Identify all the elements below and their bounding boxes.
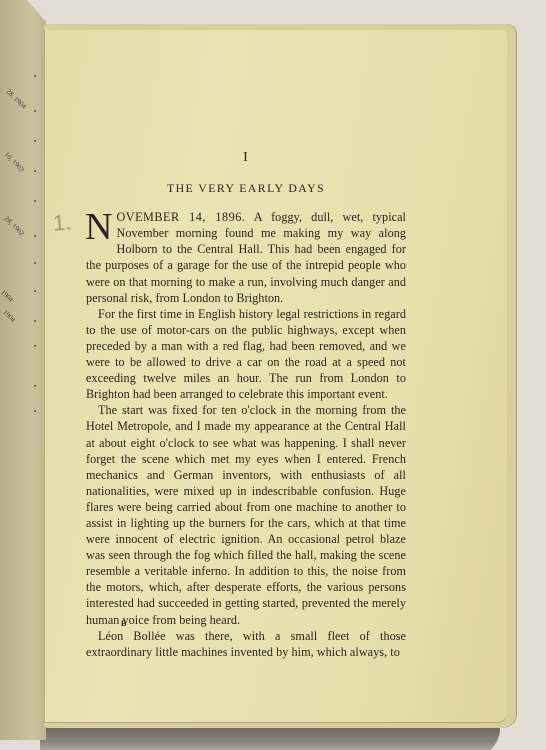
pencil-annotation: 1.	[52, 209, 72, 236]
left-page-dot	[34, 410, 36, 412]
paragraph: Léon Bollée was there, with a small flee…	[86, 628, 406, 660]
chapter-title: THE VERY EARLY DAYS	[86, 180, 406, 196]
page-text: I THE VERY EARLY DAYS NOVEMBER 14, 1896.…	[86, 150, 406, 660]
left-page-dot	[34, 170, 36, 172]
drop-cap: N	[85, 209, 113, 242]
left-page-marginalia: 28, 1902	[3, 215, 26, 238]
left-page-dot	[34, 262, 36, 264]
left-page-dot	[34, 385, 36, 387]
left-page-marginalia: 1904	[0, 288, 15, 304]
left-page-dot	[34, 140, 36, 142]
paragraph: For the first time in English history le…	[86, 306, 406, 403]
left-page-dot	[34, 320, 36, 322]
left-page-dot	[34, 345, 36, 347]
paragraph: NOVEMBER 14, 1896. A foggy, dull, wet, t…	[86, 209, 406, 306]
chapter-number: I	[86, 150, 406, 166]
left-page-edge: 28, 1904 10, 1903 28, 1902 1904 1904	[0, 0, 46, 740]
left-page-dot	[34, 75, 36, 77]
left-page-dot	[34, 110, 36, 112]
left-page-marginalia: 28, 1904	[5, 88, 28, 111]
left-page-dot	[34, 200, 36, 202]
signature-mark: B	[121, 619, 126, 628]
paragraph-text: A foggy, dull, wet, typical November mor…	[86, 210, 406, 304]
left-page-marginalia: 10, 1903	[3, 151, 26, 174]
left-page-dot	[34, 235, 36, 237]
left-page-dot	[34, 290, 36, 292]
left-page-marginalia: 1904	[1, 308, 17, 324]
paragraph-lead: OVEMBER 14, 1896.	[117, 210, 246, 224]
paragraph: The start was fixed for ten o'clock in t…	[86, 402, 406, 627]
